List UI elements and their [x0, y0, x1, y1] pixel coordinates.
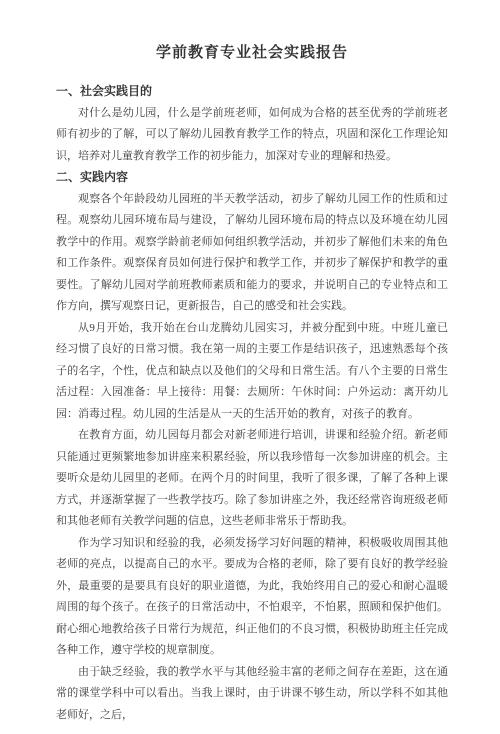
paragraph: 作为学习知识和经验的我，必须发扬学习好问题的精神，积极吸收周围其他 老师的亮点，…	[56, 533, 448, 662]
page-title: 学前教育专业社会实践报告	[56, 42, 448, 64]
document-page: 学前教育专业社会实践报告 一、社会实践目的 对什么是幼儿园，什么是学前班老师，如…	[0, 0, 500, 734]
paragraph: 对什么是幼儿园，什么是学前班老师，如何成为合格的甚至优秀的学前班老 师有初步的了…	[56, 103, 448, 168]
paragraph: 由于缺乏经验，我的教学水平与其他经验丰富的老师之间存在差距，这在通 常的课堂学科…	[56, 662, 448, 727]
paragraph: 在教育方面，幼儿园每月都会对新老师进行培训，讲课和经验介绍。新老师 只能通过更频…	[56, 425, 448, 533]
section-heading-practice-purpose: 一、社会实践目的	[56, 81, 448, 103]
section-heading-practice-content: 二、实践内容	[56, 167, 448, 189]
document-content: 学前教育专业社会实践报告 一、社会实践目的 对什么是幼儿园，什么是学前班老师，如…	[0, 0, 500, 726]
paragraph: 从9月开始，我开始在台山龙腾幼儿园实习，并被分配到中班。中班儿童已 经习惯了良好…	[56, 318, 448, 426]
paragraph: 观察各个年龄段幼儿园班的半天教学活动，初步了解幼儿园工作的性质和过 程。观察幼儿…	[56, 189, 448, 318]
